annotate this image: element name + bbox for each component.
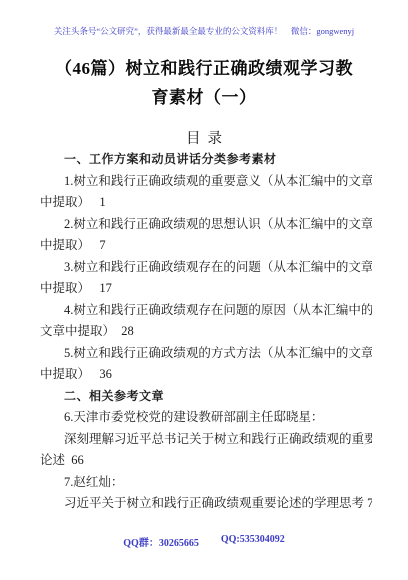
- toc-entry-continuation: 中提取） 36: [40, 364, 372, 386]
- qq-group-number: QQ群：30265665: [123, 534, 199, 549]
- toc-section-heading: 二、相关参考文章: [40, 386, 372, 408]
- toc-entry-continuation: 中提取） 17: [40, 278, 372, 300]
- qq-number: QQ:535304092: [221, 534, 285, 549]
- contact-footer: QQ群：30265665 QQ:535304092: [0, 534, 408, 549]
- table-of-contents: 一、工作方案和动员讲话分类参考素材 1.树立和践行正确政绩观的重要意义（从本汇编…: [40, 149, 372, 515]
- toc-entry-continuation: 深刻理解习近平总书记关于树立和践行正确政绩观的重要: [40, 429, 372, 451]
- toc-entry: 1.树立和践行正确政绩观的重要意义（从本汇编中的文章: [40, 171, 372, 193]
- toc-entry-continuation: 文章中提取） 28: [40, 321, 372, 343]
- document-title-line1: （46篇）树立和践行正确政绩观学习教: [0, 54, 408, 83]
- toc-entry: 6.天津市委党校党的建设教研部副主任邸晓星：: [40, 407, 372, 429]
- promo-header-text: 关注头条号“公文研究”，获得最新最全最专业的公文资料库！ 微信：gongweny…: [0, 25, 408, 37]
- toc-entry-continuation: 中提取） 1: [40, 192, 372, 214]
- toc-entry: 3.树立和践行正确政绩观存在的问题（从本汇编中的文章: [40, 257, 372, 279]
- toc-heading: 目录: [0, 127, 408, 148]
- toc-entry: 4.树立和践行正确政绩观存在问题的原因（从本汇编中的: [40, 300, 372, 322]
- toc-entry-continuation: 习近平关于树立和践行正确政绩观重要论述的学理思考 70: [40, 493, 372, 515]
- toc-entry: 7.赵红灿：: [40, 472, 372, 494]
- toc-entry: 5.树立和践行正确政绩观的方式方法（从本汇编中的文章: [40, 343, 372, 365]
- document-title: （46篇）树立和践行正确政绩观学习教 育素材（一）: [0, 54, 408, 112]
- toc-section-heading: 一、工作方案和动员讲话分类参考素材: [40, 149, 372, 171]
- toc-entry-continuation: 中提取） 7: [40, 235, 372, 257]
- toc-entry-continuation: 论述 66: [40, 450, 372, 472]
- document-page: 关注头条号“公文研究”，获得最新最全最专业的公文资料库！ 微信：gongweny…: [0, 0, 408, 580]
- toc-entry: 2.树立和践行正确政绩观的思想认识（从本汇编中的文章: [40, 214, 372, 236]
- document-title-line2: 育素材（一）: [0, 83, 408, 112]
